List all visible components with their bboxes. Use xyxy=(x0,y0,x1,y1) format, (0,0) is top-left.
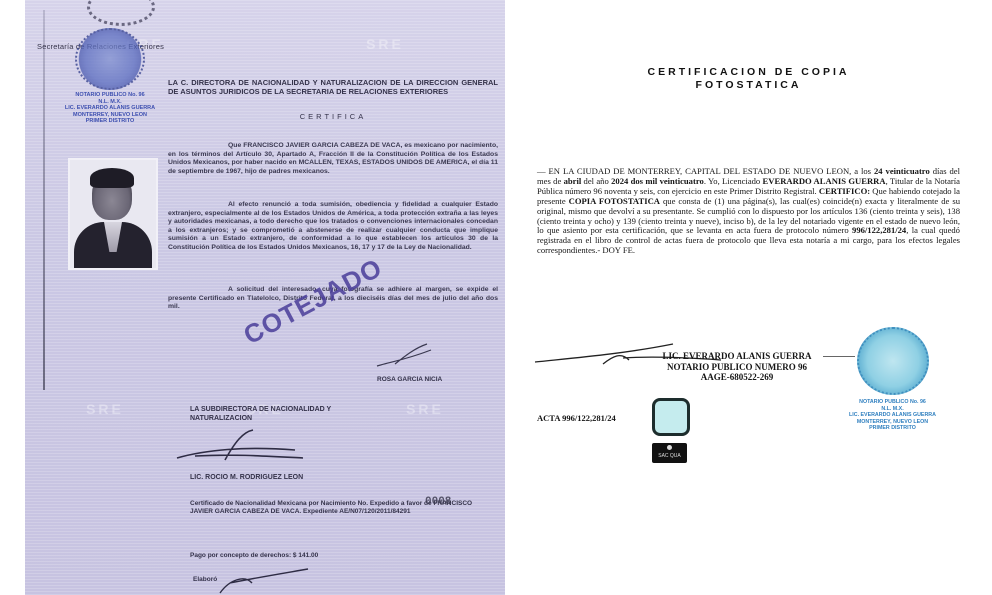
nationality-certificate: SRE SRE SRE SRE SRE Secretaría de Relaci… xyxy=(25,0,505,595)
qr-code-icon xyxy=(652,398,690,436)
signature-icon xyxy=(375,340,435,370)
acta-number: ACTA 996/122,281/24 xyxy=(537,413,616,423)
subdirector-title: LA SUBDIRECTORA DE NACIONALIDAD Y NATURA… xyxy=(190,406,340,423)
notary-certification: CERTIFICACION DE COPIA FOTOSTATICA — EN … xyxy=(505,0,992,595)
notary-signature-block: LIC. EVERARDO ALANIS GUERRA NOTARIO PUBL… xyxy=(617,351,857,383)
certifica-heading: CERTIFICA xyxy=(168,112,498,121)
certificate-footer: Certificado de Nacionalidad Mexicana por… xyxy=(190,500,480,517)
seal-caption: NOTARIO PUBLICO No. 96 N.L. M.X. LIC. EV… xyxy=(45,92,175,125)
notary-id: AAGE-680522-269 xyxy=(617,372,857,383)
signature-line xyxy=(823,356,855,357)
certification-body: — EN LA CIUDAD DE MONTERREY, CAPITAL DEL… xyxy=(537,167,960,256)
signature-icon xyxy=(175,428,315,464)
seal-caption: NOTARIO PUBLICO No. 96 N.L. M.X. LIC. EV… xyxy=(825,399,960,432)
notary-seal-icon xyxy=(75,28,145,90)
watermark-text: SRE xyxy=(366,36,404,52)
certification-title: CERTIFICACION DE COPIA FOTOSTATICA xyxy=(505,66,992,92)
signer-name: LIC. ROCIO M. RODRIGUEZ LEON xyxy=(190,474,303,481)
notary-title: NOTARIO PUBLICO NUMERO 96 xyxy=(617,362,857,373)
coat-of-arms-icon xyxy=(87,0,155,26)
paragraph-nationality: Que FRANCISCO JAVIER GARCIA CABEZA DE VA… xyxy=(168,142,498,176)
paragraph-renunciation: Al efecto renunció a toda sumisión, obed… xyxy=(168,201,498,253)
margin-line xyxy=(43,10,45,390)
watermark-text: SRE xyxy=(86,401,124,417)
notary-name: LIC. EVERARDO ALANIS GUERRA xyxy=(617,351,857,362)
signer-name: Elaboró xyxy=(193,576,217,583)
photo-hair xyxy=(90,168,134,188)
issuer-header: LA C. DIRECTORA DE NACIONALIDAD Y NATURA… xyxy=(168,78,498,96)
holder-photo xyxy=(68,158,158,270)
fee-text: Pago por concepto de derechos: $ 141.00 xyxy=(190,552,318,559)
signer-name: ROSA GARCIA NICIA xyxy=(377,376,442,383)
notary-seal-icon xyxy=(857,327,929,395)
verification-badge: SAC QUA xyxy=(652,443,687,463)
watermark-text: SRE xyxy=(406,401,444,417)
